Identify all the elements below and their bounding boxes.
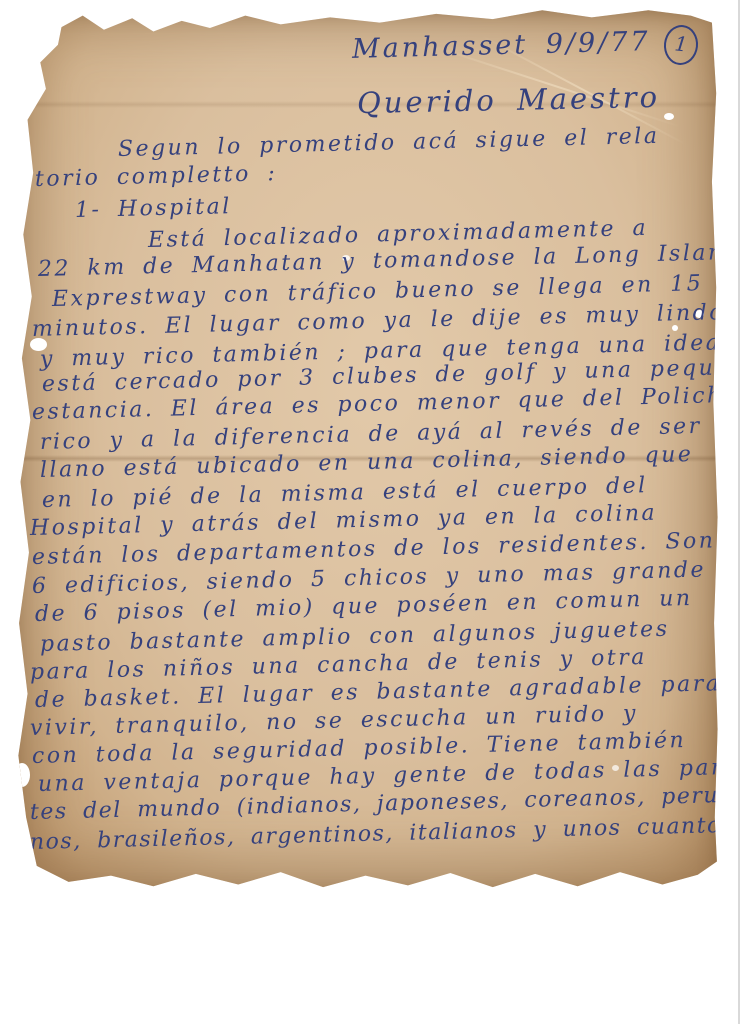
paper-tear [14,763,30,787]
letter-paper: Manhasset 9/9/77 1 Querido Maestro Segun… [12,5,719,888]
scanner-edge-line [738,0,740,1024]
paper-hole [664,113,674,120]
date-line: Manhasset 9/9/77 [352,26,651,65]
salutation: Querido Maestro [357,80,661,120]
page-number-badge: 1 [662,23,700,66]
letter-line-1: Segun lo prometido acá sigue el rela [118,124,660,163]
letter-line-2: torio completto : [35,161,278,193]
letter-line-3: 1- Hospital [75,194,232,224]
